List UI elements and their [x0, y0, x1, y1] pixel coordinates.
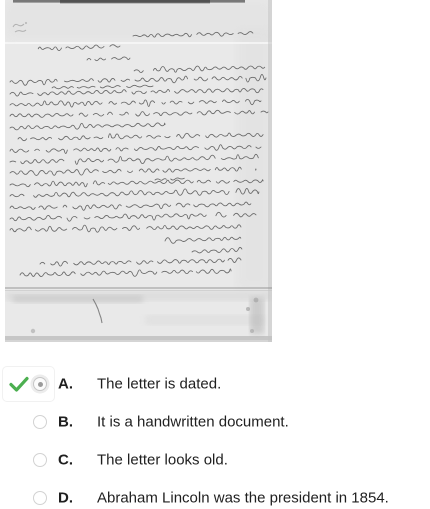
answer-option-b[interactable]: B. It is a handwritten document.	[0, 407, 430, 437]
option-text-c: The letter looks old.	[97, 452, 228, 469]
option-letter-a: A.	[58, 376, 73, 393]
answer-option-d[interactable]: D. Abraham Lincoln was the president in …	[0, 483, 430, 509]
quiz-question-panel: A. The letter is dated. B. It is a handw…	[0, 0, 430, 509]
option-text-a: The letter is dated.	[97, 376, 221, 393]
radio-dot	[38, 382, 43, 387]
option-text-d: Abraham Lincoln was the president in 185…	[97, 490, 389, 507]
radio-button-b[interactable]	[33, 415, 47, 429]
answer-option-c[interactable]: C. The letter looks old.	[0, 445, 430, 475]
letter-photo	[5, 0, 272, 342]
correct-check-icon	[9, 376, 29, 393]
scan-bottom-edge	[5, 336, 272, 340]
radio-button-a[interactable]	[33, 377, 47, 391]
radio-button-c[interactable]	[33, 453, 47, 467]
option-letter-c: C.	[58, 452, 73, 469]
letter-scan-graphic	[5, 0, 272, 342]
option-letter-b: B.	[58, 414, 73, 431]
option-text-b: It is a handwritten document.	[97, 414, 289, 431]
option-letter-d: D.	[58, 490, 73, 507]
radio-button-d[interactable]	[33, 491, 47, 505]
answer-option-a[interactable]: A. The letter is dated.	[0, 369, 430, 399]
